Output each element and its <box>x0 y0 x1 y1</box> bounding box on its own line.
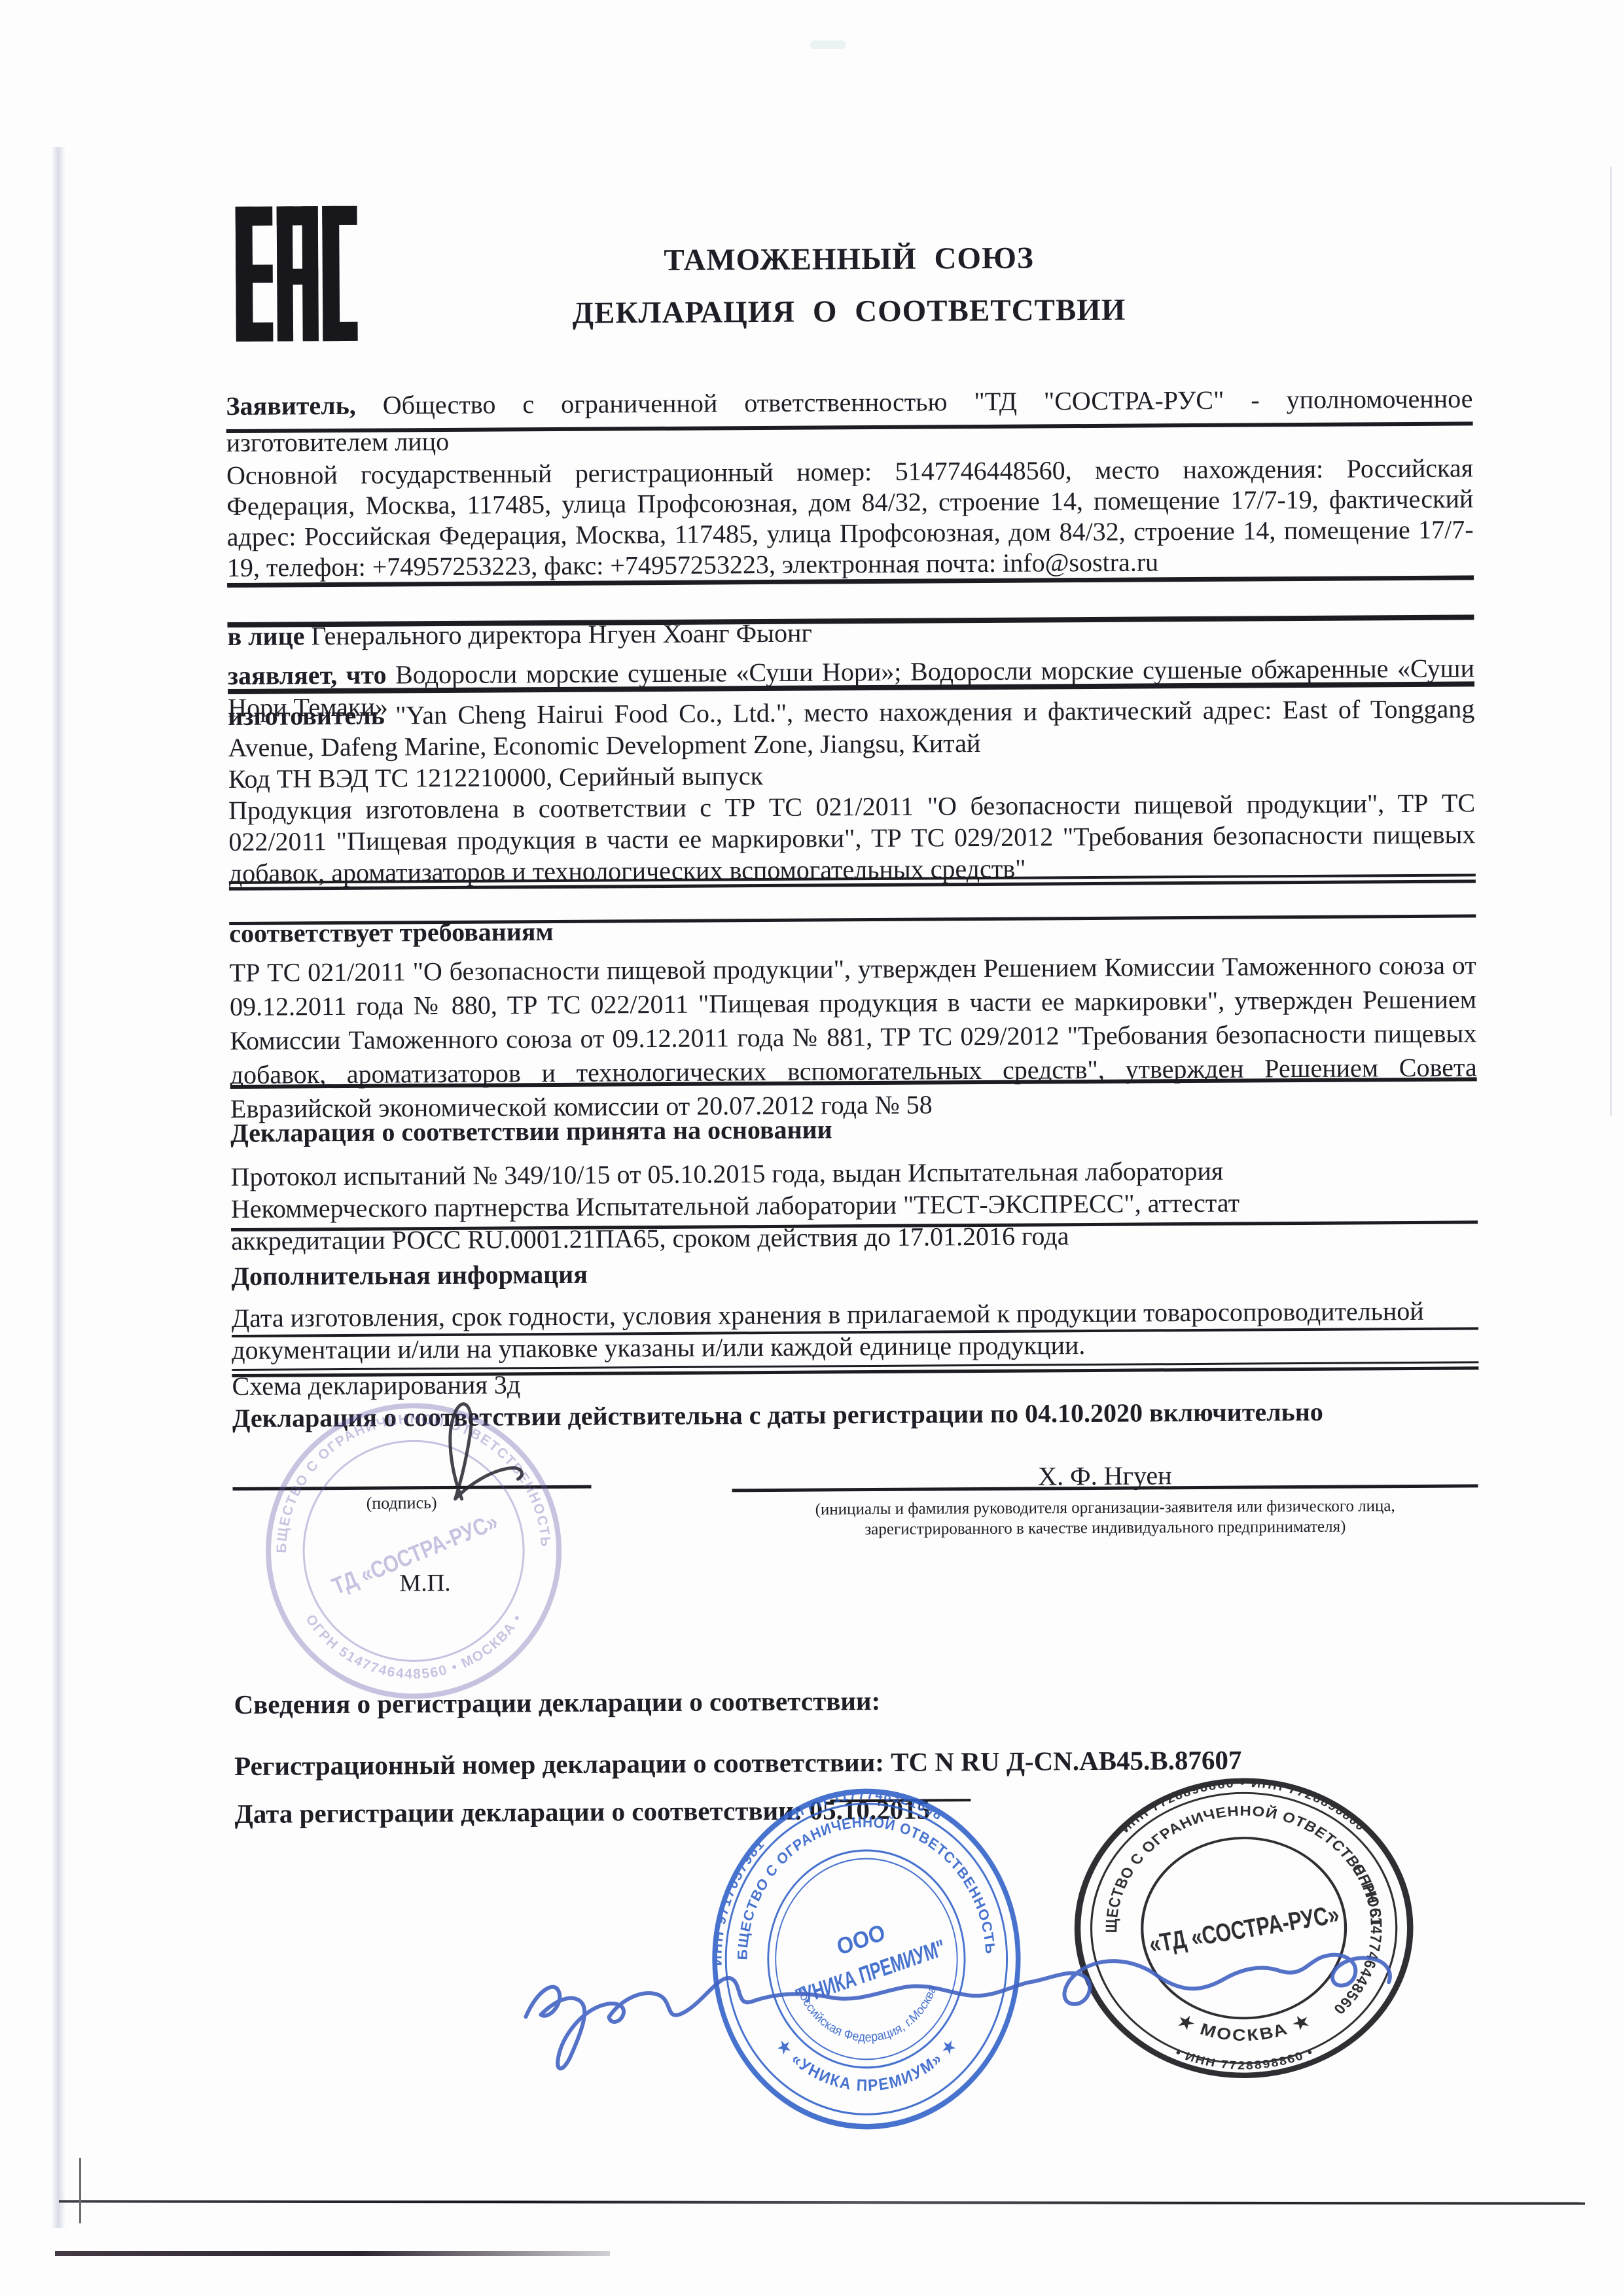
paragraph-applicant: Заявитель, Общество с ограниченной ответ… <box>226 380 1473 461</box>
black-stamp-ogrn: ОГРН 5147746448560 <box>1329 1860 1395 2021</box>
manufacturer-line: изготовитель "Yan Cheng Hairui Food Co.,… <box>228 693 1475 764</box>
registration-number-label: Регистрационный номер декларации о соотв… <box>234 1747 891 1781</box>
paragraph-basis: Протокол испытаний № 349/10/15 от 05.10.… <box>230 1154 1330 1257</box>
accordance-paragraph: Продукция изготовлена в соответствии с Т… <box>228 787 1476 889</box>
faint-stamp-center: ТД «СОСТРА-РУС» <box>328 1508 501 1600</box>
additional-heading: Дополнительная информация <box>231 1252 1478 1292</box>
paragraph-requirements: ТР ТС 021/2011 "О безопасности пищевой п… <box>230 948 1478 1126</box>
black-stamp-center: «ТД «СОСТРА-РУС» <box>1147 1899 1342 1958</box>
sostra-rus-stamp: ИНН 7728898860 • ИНН 7728898860 • ИНН 77… <box>1064 1769 1423 2091</box>
title-line-2: ДЕКЛАРАЦИЯ О СООТВЕТСТВИИ <box>414 283 1284 340</box>
declares-label: заявляет, что <box>228 660 387 690</box>
eac-logo-glyphs <box>235 190 358 357</box>
svg-text:★ МОСКВА ★: ★ МОСКВА ★ <box>1173 2010 1315 2045</box>
paragraph-ogrn-address: Основной государственный регистрационный… <box>226 452 1474 583</box>
document-body: ТАМОЖЕННЫЙ СОЮЗ ДЕКЛАРАЦИЯ О СООТВЕТСТВИ… <box>0 0 1623 2296</box>
eac-logo <box>235 190 358 361</box>
svg-text:ОБЩЕСТВО С ОГРАНИЧЕННОЙ ОТВЕТС: ОБЩЕСТВО С ОГРАНИЧЕННОЙ ОТВЕТСТВЕННОСТЬЮ <box>259 1396 554 1553</box>
applicant-text: Общество с ограниченной ответственностью… <box>226 383 1473 457</box>
manufacturer-label: изготовитель <box>228 701 385 731</box>
unika-premium-stamp: ОГРН 1177748321598 ИНН 9717057981 ОБЩЕСТ… <box>704 1779 1029 2142</box>
basis-heading: Декларация о соответствии принята на осн… <box>230 1109 1477 1149</box>
head-caption: (инициалы и фамилия руководителя организ… <box>732 1495 1478 1540</box>
applicant-label: Заявитель, <box>226 391 356 421</box>
scanned-declaration-page: ТАМОЖЕННЫЙ СОЮЗ ДЕКЛАРАЦИЯ О СООТВЕТСТВИ… <box>0 0 1623 2296</box>
document-title: ТАМОЖЕННЫЙ СОЮЗ ДЕКЛАРАЦИЯ О СООТВЕТСТВИ… <box>414 230 1285 340</box>
faint-sostra-stamp: ОБЩЕСТВО С ОГРАНИЧЕННОЙ ОТВЕТСТВЕННОСТЬЮ… <box>259 1396 569 1709</box>
black-stamp-city: ★ МОСКВА ★ <box>1173 2010 1315 2045</box>
manufacturer-text: "Yan Cheng Hairui Food Co., Ltd.", место… <box>228 694 1474 762</box>
blue-stamp-center-line1: ООО <box>834 1920 888 1961</box>
faint-stamp-ring-top: ОБЩЕСТВО С ОГРАНИЧЕННОЙ ОТВЕТСТВЕННОСТЬЮ <box>259 1396 554 1553</box>
paragraph-manufacturer-block: изготовитель "Yan Cheng Hairui Food Co.,… <box>228 693 1476 889</box>
svg-text:ОГРН 5147746448560: ОГРН 5147746448560 <box>1329 1860 1395 2021</box>
title-line-1: ТАМОЖЕННЫЙ СОЮЗ <box>414 230 1284 288</box>
